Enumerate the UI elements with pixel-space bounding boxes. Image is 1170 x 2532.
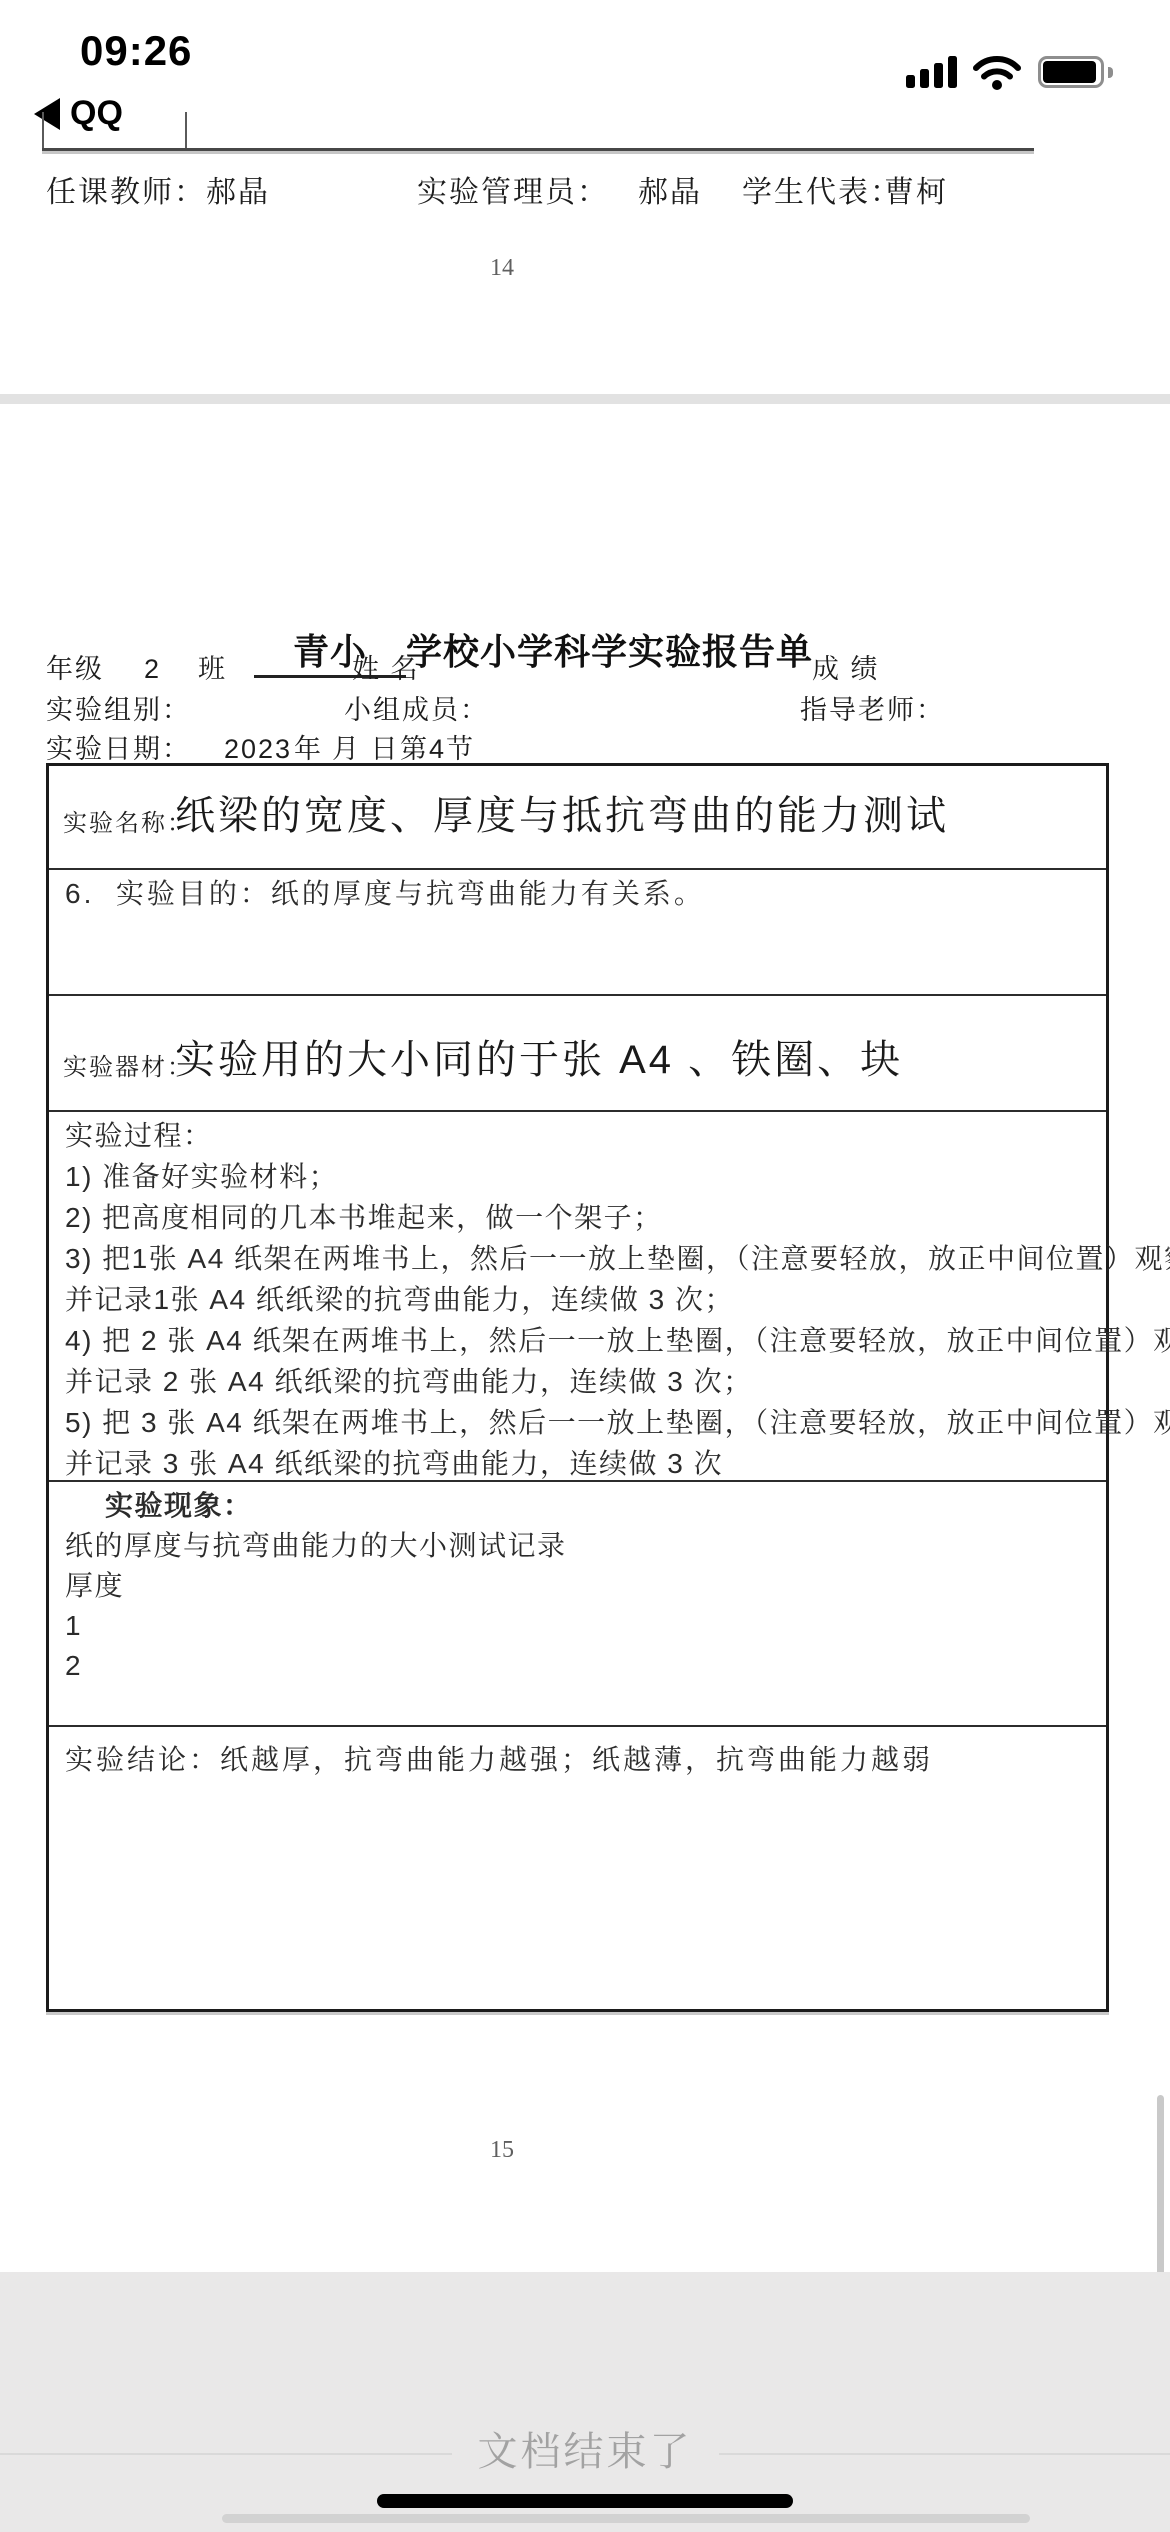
date-month-day: 月 日: [332, 736, 400, 763]
prev-table-cell-border: [185, 112, 187, 150]
teacher-label: 任课教师：: [46, 178, 206, 208]
conclusion-text: 实验结论：纸越厚，抗弯曲能力越强；纸越薄，抗弯曲能力越弱: [65, 1746, 933, 1774]
phenomenon-line: 1: [65, 1612, 82, 1640]
battery-fill: [1043, 61, 1096, 83]
row-border-5: [49, 1725, 1106, 1727]
grade-value: 2: [144, 656, 161, 683]
document-progress-bar[interactable]: [222, 2514, 1030, 2523]
admin-label: 实验管理员：: [417, 178, 609, 208]
experiment-materials-value: 实验用的大小同的于张 A4 、铁圈、块: [175, 1040, 903, 1080]
back-to-app-button[interactable]: QQ: [34, 94, 123, 133]
process-line: 并记录 2 张 A4 纸纸梁的抗弯曲能力，连续做 3 次；: [65, 1368, 753, 1396]
phenomenon-heading: 实验现象：: [105, 1492, 253, 1520]
report-title: 青小 学校小学科学实验报告单: [234, 598, 813, 670]
experiment-purpose-text: 6. 实验目的：纸的厚度与抗弯曲能力有关系。: [65, 880, 705, 908]
row-border-1: [49, 868, 1106, 870]
process-line: 4) 把 2 张 A4 纸架在两堆书上，然后一一放上垫圈，（注意要轻放，放正中间…: [65, 1327, 1170, 1355]
battery-nub: [1108, 67, 1113, 78]
phenomenon-line: 纸的厚度与抗弯曲能力的大小测试记录: [65, 1532, 567, 1560]
process-line: 并记录 3 张 A4 纸纸梁的抗弯曲能力，连续做 3 次: [65, 1450, 723, 1478]
home-indicator[interactable]: [377, 2494, 793, 2508]
end-of-document-area: [0, 2272, 1170, 2532]
back-app-label: QQ: [70, 94, 123, 133]
back-arrow-icon: [34, 98, 60, 130]
score-label: 成 绩: [812, 656, 880, 683]
experiment-name-label: 实验名称：: [63, 812, 193, 836]
process-line: 5) 把 3 张 A4 纸架在两堆书上，然后一一放上垫圈，（注意要轻放，放正中间…: [65, 1409, 1170, 1437]
end-of-document-text: 文档结束了: [452, 2428, 719, 2476]
page-separator: [0, 394, 1170, 404]
student-rep-value: 曹柯: [884, 178, 948, 208]
process-line: 实验过程：: [65, 1122, 213, 1150]
experiment-materials-label: 实验器材：: [63, 1056, 193, 1080]
date-year-unit: 年: [294, 736, 323, 763]
student-rep-label: 学生代表：: [742, 178, 902, 208]
process-line: 3) 把1张 A4 纸架在两堆书上，然后一一放上垫圈，（注意要轻放，放正中间位置…: [65, 1245, 1170, 1273]
scrollbar-thumb[interactable]: [1157, 2095, 1164, 2285]
process-line: 并记录1张 A4 纸纸梁的抗弯曲能力，连续做 3 次；: [65, 1286, 734, 1314]
grade-label: 年级: [46, 656, 104, 683]
report-table: 实验名称： 纸梁的宽度、厚度与抵抗弯曲的能力测试 6. 实验目的：纸的厚度与抗弯…: [46, 763, 1109, 2012]
end-text-wrap: 文档结束了: [0, 2428, 1170, 2476]
document-viewer-screen: { "status_bar": { "time": "09:26", "back…: [0, 0, 1170, 2532]
row-border-2: [49, 994, 1106, 996]
cellular-signal-icon: [906, 56, 957, 88]
page-number-14: 14: [490, 256, 514, 280]
row-border-3: [49, 1110, 1106, 1112]
experiment-name-value: 纸梁的宽度、厚度与抵抗弯曲的能力测试: [175, 796, 949, 836]
teacher-value: 郝晶: [206, 178, 270, 208]
status-time: 09:26: [80, 30, 192, 72]
prev-table-left-border: [42, 112, 44, 150]
page-number-15: 15: [490, 2138, 514, 2162]
process-line: 1) 准备好实验材料；: [65, 1163, 338, 1191]
date-label: 实验日期：: [46, 736, 191, 763]
admin-value: 郝晶: [638, 178, 702, 208]
wifi-icon: [972, 54, 1022, 91]
date-year: 2023: [224, 736, 292, 763]
advisor-label: 指导老师：: [800, 697, 945, 724]
report-title-rest: 学校小学科学实验报告单: [406, 632, 813, 672]
class-label: 班: [198, 656, 227, 683]
date-session: 第4节: [400, 736, 475, 763]
prev-table-bottom-border: [42, 148, 1034, 151]
group-label: 实验组别：: [46, 697, 191, 724]
phenomenon-line: 2: [65, 1652, 82, 1680]
process-line: 2) 把高度相同的几本书堆起来，做一个架子；: [65, 1204, 663, 1232]
row-border-4: [49, 1480, 1106, 1482]
phenomenon-line: 厚度: [65, 1572, 124, 1600]
members-label: 小组成员：: [344, 697, 489, 724]
name-label: 姓 名: [352, 656, 420, 683]
